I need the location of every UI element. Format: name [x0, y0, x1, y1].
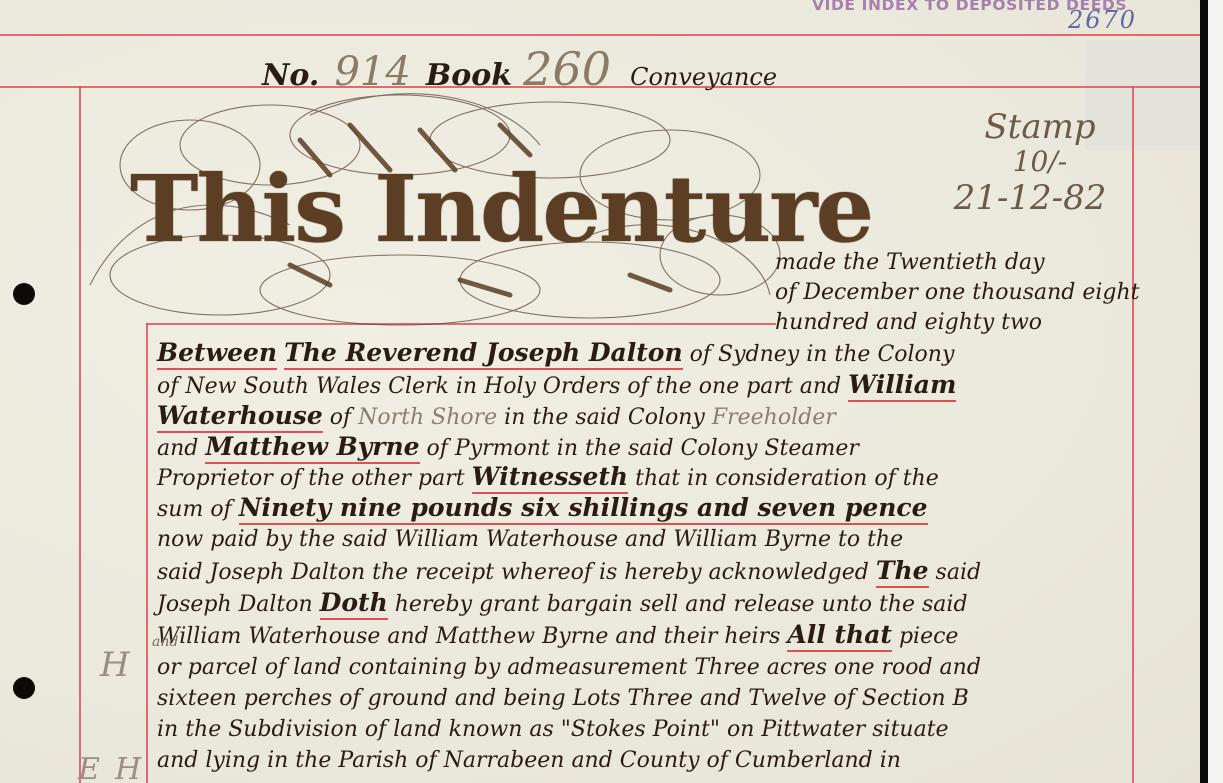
body-line: Proprietor of the other part Witnesseth …: [157, 464, 939, 492]
body-text: sixteen perches of ground and being Lots…: [157, 686, 969, 711]
margin-mark: E: [78, 752, 100, 783]
underlined-phrase: The Reverend Joseph Dalton: [284, 338, 683, 370]
stamp-date: 21-12-82: [920, 178, 1140, 218]
filled-in-text: Freeholder: [712, 405, 836, 430]
underlined-phrase: Doth: [320, 588, 388, 620]
underlined-phrase: Between: [157, 338, 277, 370]
punch-hole: [13, 283, 35, 305]
body-line: now paid by the said William Waterhouse …: [157, 527, 903, 553]
body-text: said: [929, 560, 982, 585]
body-line: Between The Reverend Joseph Dalton of Sy…: [157, 340, 954, 368]
body-line: or parcel of land containing by admeasur…: [157, 655, 981, 681]
underlined-phrase: Waterhouse: [157, 401, 323, 433]
body-text: of Pyrmont in the said Colony Steamer: [420, 436, 859, 461]
body-line: sum of Ninety nine pounds six shillings …: [157, 495, 928, 523]
stamp-label: Stamp: [940, 108, 1140, 146]
date-line: made the Twentieth day: [775, 250, 1045, 276]
underlined-phrase: Witnesseth: [472, 462, 629, 494]
body-text: and lying in the Parish of Narrabeen and…: [157, 748, 901, 773]
body-line: Joseph Dalton Doth hereby grant bargain …: [157, 590, 968, 618]
body-line: of New South Wales Clerk in Holy Orders …: [157, 372, 956, 400]
body-text: hereby grant bargain sell and release un…: [388, 592, 968, 617]
date-line: of December one thousand eight: [775, 280, 1140, 306]
underlined-phrase: Ninety nine pounds six shillings and sev…: [239, 493, 928, 525]
scan-edge: [1200, 0, 1208, 783]
underlined-phrase: All that: [787, 620, 892, 652]
margin-mark: H: [100, 645, 130, 685]
deed-title: This Indenture: [130, 155, 872, 263]
underlined-phrase: Matthew Byrne: [205, 432, 419, 464]
stamp-amount: 10/-: [940, 146, 1140, 178]
body-text: now paid by the said William Waterhouse …: [157, 527, 903, 552]
body-text: of New South Wales Clerk in Holy Orders …: [157, 374, 848, 399]
title-block: This Indenture: [70, 85, 790, 335]
body-line: Waterhouse of North Shore in the said Co…: [157, 403, 836, 431]
underlined-phrase: William: [848, 370, 956, 402]
body-line: William Waterhouse and Matthew Byrne and…: [157, 622, 958, 650]
margin-mark: H: [115, 752, 141, 783]
stamp-duty-note: Stamp 10/- 21-12-82: [940, 108, 1140, 218]
underlined-phrase: The: [876, 556, 929, 588]
body-text: in the Subdivision of land known as "Sto…: [157, 717, 949, 742]
inner-margin-rule: [146, 323, 148, 783]
body-text: Proprietor of the other part: [157, 466, 472, 491]
body-text: of: [323, 405, 358, 430]
top-rule: [0, 34, 1200, 36]
filled-in-text: North Shore: [358, 405, 497, 430]
body-text: piece: [892, 624, 958, 649]
body-line: sixteen perches of ground and being Lots…: [157, 686, 969, 712]
date-line: hundred and eighty two: [775, 310, 1042, 336]
body-text: or parcel of land containing by admeasur…: [157, 655, 981, 680]
body-text: sum of: [157, 497, 239, 522]
body-text: Joseph Dalton: [157, 592, 320, 617]
scan-margin: [1208, 0, 1223, 783]
body-text: of Sydney in the Colony: [683, 342, 955, 367]
interlinear-insert: and: [152, 634, 178, 650]
body-text: and: [157, 436, 205, 461]
body-line: said Joseph Dalton the receipt whereof i…: [157, 558, 981, 586]
body-line: and lying in the Parish of Narrabeen and…: [157, 748, 901, 774]
body-text: in the said Colony: [497, 405, 712, 430]
body-line: and Matthew Byrne of Pyrmont in the said…: [157, 434, 859, 462]
deposit-number: 2670: [1068, 6, 1137, 34]
body-line: in the Subdivision of land known as "Sto…: [157, 717, 949, 743]
body-text: that in consideration of the: [628, 466, 939, 491]
body-text: William Waterhouse and Matthew Byrne and…: [157, 624, 787, 649]
body-text: said Joseph Dalton the receipt whereof i…: [157, 560, 876, 585]
deed-page: VIDE INDEX TO DEPOSITED DEEDS 2670 No. 9…: [0, 0, 1200, 783]
punch-hole: [13, 677, 35, 699]
